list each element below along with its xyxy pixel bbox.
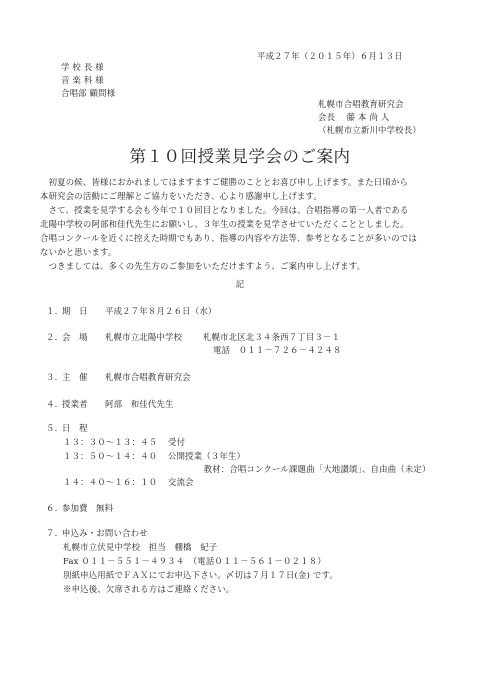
- body-line: さて、授業を見学する会も今年で１０回目となりました。今回は、合唱指導の第一人者で…: [40, 204, 470, 216]
- item-number: ５.: [46, 422, 57, 434]
- item-value: 阿部 和佳代先生: [105, 398, 174, 410]
- item-label: 申込み・お問い合わせ: [62, 527, 148, 539]
- schedule-desc: 公開授業（３年生）: [168, 450, 245, 462]
- body-line: つきましては、多くの先生方のご参加をいただけますよう、ご案内申し上げます。: [40, 260, 470, 272]
- ki-heading: 記: [0, 278, 480, 290]
- contact-person: 札幌市立伏見中学校 担当 棚橋 紀子: [63, 541, 217, 553]
- item-number: ３.: [46, 371, 57, 383]
- item-number: ７.: [46, 527, 57, 539]
- recipient-music-dept: 音 楽 科 様: [61, 74, 104, 86]
- schedule-desc: 交流会: [168, 476, 194, 488]
- sender-organization: 札幌市合唱教育研究会: [318, 98, 404, 110]
- sender-chair: 会長 藤 本 尚 人: [318, 111, 389, 123]
- item-value: 札幌市合唱教育研究会: [105, 371, 191, 383]
- contact-note: ※申込後、欠席される方はご連絡ください。: [63, 583, 235, 595]
- schedule-time: １３：５０～１４：４０: [63, 450, 157, 462]
- recipient-principal: 学 校 長 様: [61, 61, 104, 73]
- item-number: ２.: [46, 331, 57, 343]
- schedule-time: １３：３０～１３：４５: [63, 436, 157, 448]
- venue-phone: 電話 ０１１－７２６－４２４８: [213, 344, 342, 356]
- item-label: 日 程: [62, 422, 88, 434]
- document-title: 第１０回授業見学会のご案内: [0, 146, 480, 168]
- issue-date: 平成２７年（２０１５年）６月１３日: [257, 50, 403, 62]
- item-number: ６.: [46, 502, 57, 514]
- item-label: 参加費: [62, 502, 88, 514]
- contact-fax-phone: Fax ０１１－５５１－４９３４ （電話０１１－５６１－０２１８）: [63, 555, 326, 567]
- item-label: 会 場: [62, 331, 88, 343]
- schedule-desc: 受付: [168, 436, 185, 448]
- schedule-materials: 教材：合唱コンクール課題曲「大地讃頌」、自由曲（未定）: [195, 463, 431, 475]
- body-line: 初夏の候、皆様におかれましてはますますご健勝のこととお喜び申し上げます。また日頃…: [40, 176, 470, 188]
- item-number: １.: [46, 305, 57, 317]
- body-line: 本研究会の活動にご理解とご協力をいただき、心より感謝申し上げます。: [40, 190, 470, 202]
- item-label: 授業者: [62, 398, 88, 410]
- sender-affiliation: （札幌市立新川中学校長）: [318, 124, 421, 136]
- body-line: 北陽中学校の阿部和佳代先生にお願いし、３年生の授業を見学させていただくこととしま…: [40, 218, 470, 230]
- item-value: 平成２７年８月２６日（水）: [105, 305, 216, 317]
- item-value: 札幌市立北陽中学校: [105, 331, 182, 343]
- venue-address: 札幌市北区北３４条西７丁目３－１: [203, 331, 340, 343]
- item-label: 主 催: [62, 371, 88, 383]
- schedule-time: １４：４０～１６：１０: [63, 476, 157, 488]
- body-line: ないかと思います。: [40, 246, 470, 258]
- item-label: 期 日: [62, 305, 88, 317]
- recipient-choir-advisor: 合唱部 顧問様: [61, 87, 115, 99]
- item-number: ４.: [46, 398, 57, 410]
- item-value: 無料: [96, 502, 113, 514]
- body-line: 合唱コンクールを近くに控えた時期でもあり、指導の内容や方法等、参考となることが多…: [40, 232, 470, 244]
- contact-instructions: 別紙申込用紙でＦＡＸにてお申込下さい。〆切は７月１７日(金) です。: [63, 569, 338, 581]
